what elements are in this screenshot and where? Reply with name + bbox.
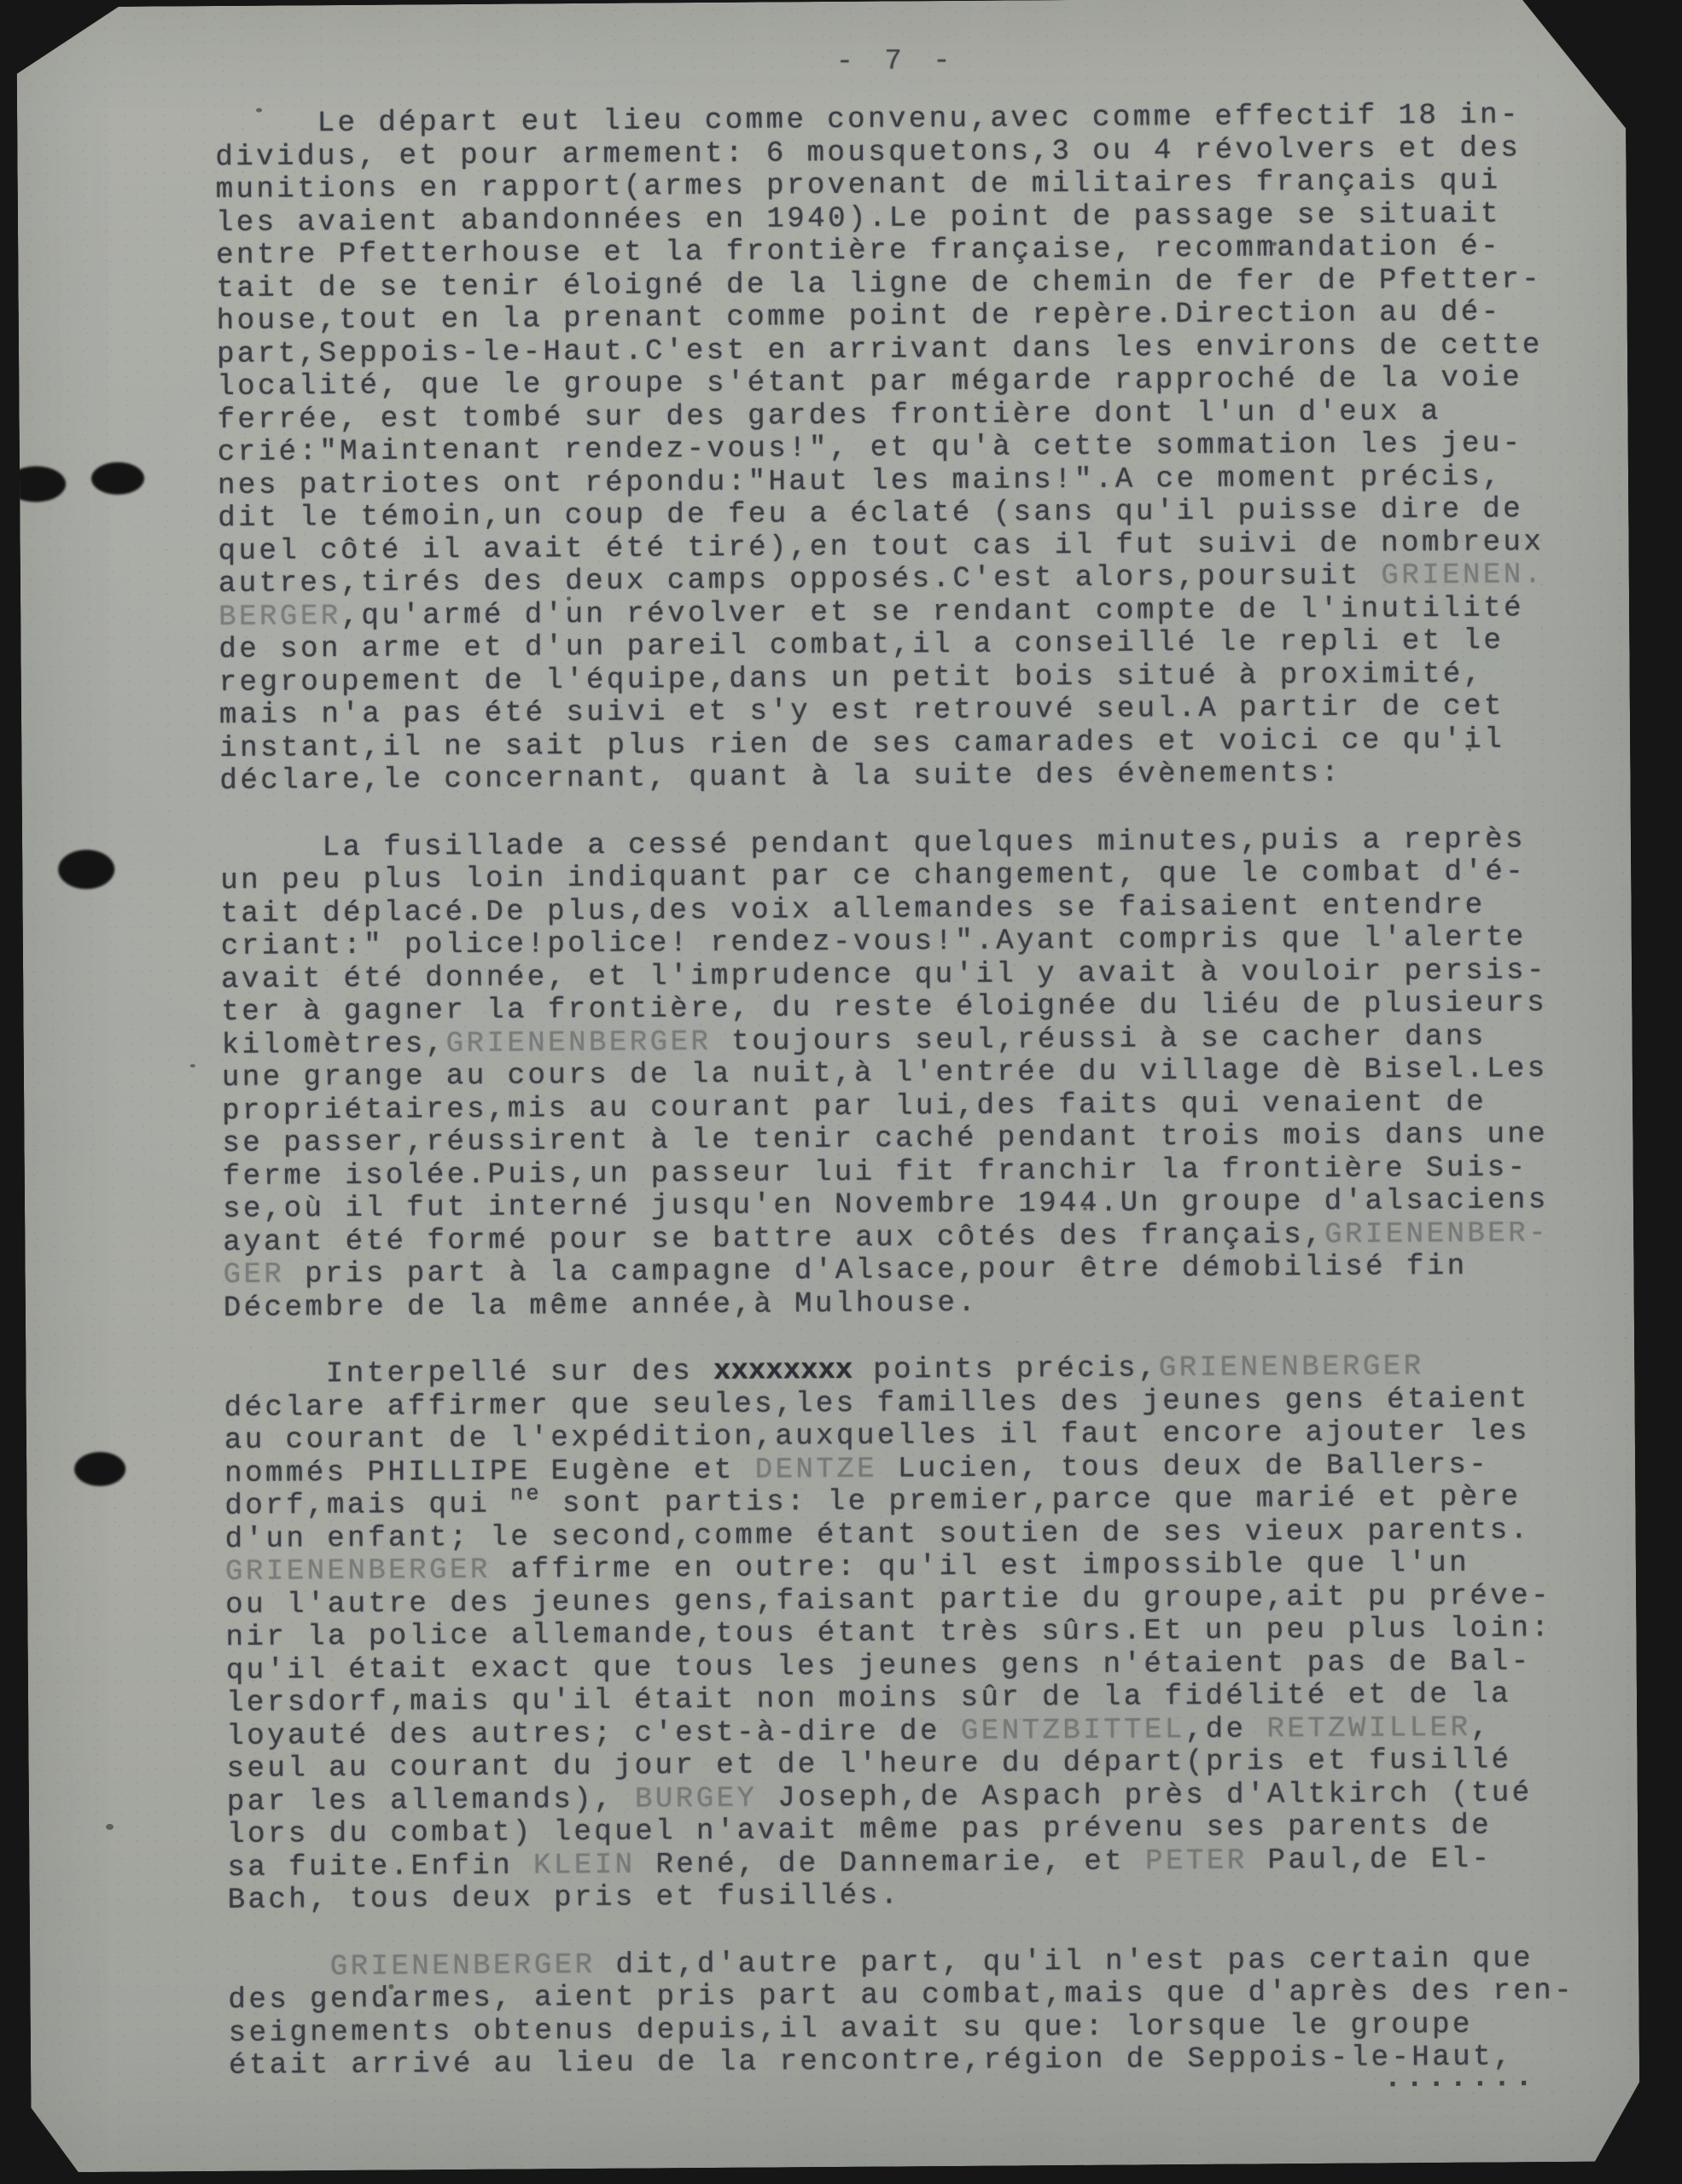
punch-hole — [6, 466, 66, 502]
continuation-dots: ....... — [1383, 2059, 1537, 2095]
paper-speck — [1083, 1207, 1087, 1211]
document-page: - 7 - Le départ eut lieu comme convenu,a… — [16, 0, 1640, 2173]
punch-hole — [74, 1452, 125, 1486]
paper-speck — [106, 1824, 113, 1830]
paper-speck — [256, 108, 262, 113]
paper-speck — [567, 596, 571, 601]
paper-speck — [388, 1984, 393, 1989]
scan-background: { "colors":{"paper":"#a6a8a1","ink":"#38… — [0, 0, 1682, 2184]
punch-hole — [91, 462, 144, 495]
paper-speck — [190, 1064, 195, 1067]
paragraph: La fusillade a cessé pendant quelques mi… — [220, 822, 1606, 1325]
paragraph: Le départ eut lieu comme convenu,avec co… — [215, 99, 1603, 799]
punch-hole — [58, 850, 114, 889]
paper-speck — [1272, 241, 1277, 246]
text-block: Le départ eut lieu comme convenu,avec co… — [215, 65, 1611, 2083]
paragraph: Interpellé sur des xxxxxxxx points préci… — [224, 1350, 1610, 1918]
paper-speck — [1468, 748, 1471, 752]
